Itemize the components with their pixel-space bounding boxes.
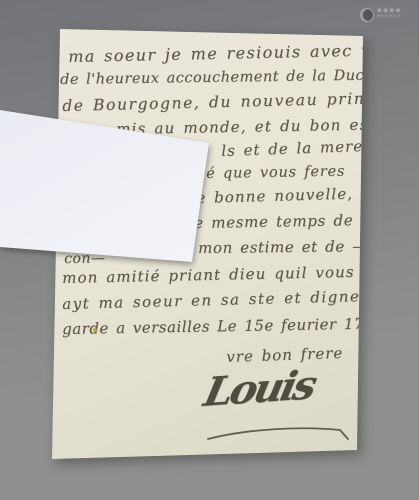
letter-photo: ma soeur je me resiouis avec vousde l'he… — [0, 0, 419, 500]
covering-card-shadow — [0, 0, 419, 500]
watermark-text-row: ▪▪▪▪▪▪ — [377, 15, 402, 20]
covering-card — [0, 0, 419, 500]
watermark-text-row: ▪▪▪▪ — [377, 7, 402, 14]
watermark: ▪▪▪▪ ▪▪▪▪▪▪ — [360, 7, 402, 22]
watermark-logo-icon — [360, 8, 374, 22]
watermark-text: ▪▪▪▪ ▪▪▪▪▪▪ — [377, 7, 402, 20]
